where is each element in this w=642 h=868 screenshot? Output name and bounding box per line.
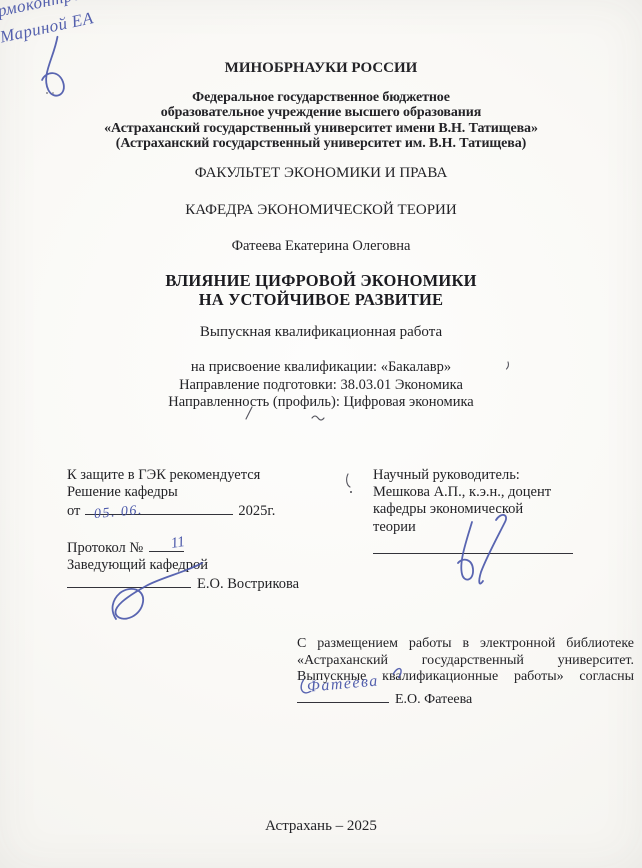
head-signature-line (67, 574, 191, 588)
supervisor-dept-line-1: кафедры экономической (373, 501, 585, 518)
institution-line-2: образовательное учреждение высшего образ… (0, 105, 642, 120)
qualification-line-2: Направление подготовки: 38.03.01 Экономи… (0, 377, 642, 395)
thesis-title: ВЛИЯНИЕ ЦИФРОВОЙ ЭКОНОМИКИ НА УСТОЙЧИВОЕ… (0, 272, 642, 309)
author-consent-name: Е.О. Фатеева (395, 692, 472, 707)
author-name: Фатеева Екатерина Олеговна (0, 238, 642, 255)
supervisor-dept-line-2: теории (373, 519, 585, 536)
supervisor-name-line: Мешкова А.П., к.э.н., доцент (373, 484, 585, 501)
date-prefix: от (67, 503, 80, 519)
supervisor-block: Научный руководитель: Мешкова А.П., к.э.… (373, 467, 585, 554)
thesis-title-page: ормоконтроль Мариной ЕА МИНОБРНАУКИ РОСС… (0, 0, 642, 868)
stray-pen-dot (350, 491, 352, 493)
protocol-row: Протокол № (67, 538, 327, 557)
head-signature-row: Е.О. Вострикова (67, 574, 327, 593)
consent-line-1: С размещением работы в электронной библи… (297, 636, 634, 653)
consent-block: С размещением работы в электронной библи… (297, 636, 634, 709)
defense-recommendation-block: К защите в ГЭК рекомендуется Решение каф… (67, 467, 327, 593)
defense-line-1: К защите в ГЭК рекомендуется (67, 467, 327, 484)
institution-line-4: (Астраханский государственный университе… (0, 136, 642, 151)
qualification-line-1: на присвоение квалификации: «Бакалавр» (0, 359, 642, 377)
institution-line-1: Федеральное государственное бюджетное (0, 90, 642, 105)
thesis-title-line-2: НА УСТОЙЧИВОЕ РАЗВИТИЕ (0, 291, 642, 310)
department-name: КАФЕДРА ЭКОНОМИЧЕСКОЙ ТЕОРИИ (0, 202, 642, 219)
qualification-line-3: Направленность (профиль): Цифровая эконо… (0, 394, 642, 412)
date-suffix: 2025г. (238, 503, 275, 519)
ministry-name: МИНОБРНАУКИ РОССИИ (0, 60, 642, 77)
thesis-title-line-1: ВЛИЯНИЕ ЦИФРОВОЙ ЭКОНОМИКИ (0, 272, 642, 291)
consent-line-2: «Астраханский государственный университе… (297, 653, 634, 670)
institution-name-block: Федеральное государственное бюджетное об… (0, 90, 642, 151)
stray-pen-tick (347, 474, 350, 487)
protocol-label: Протокол № (67, 540, 143, 556)
qualification-block: на присвоение квалификации: «Бакалавр» Н… (0, 359, 642, 412)
defense-line-2: Решение кафедры (67, 484, 327, 501)
supervisor-signature-line (373, 553, 573, 554)
handwritten-protocol-number: 11 (170, 534, 186, 553)
supervisor-label: Научный руководитель: (373, 467, 585, 484)
author-signature-row: Е.О. Фатеева (297, 689, 634, 709)
faculty-name: ФАКУЛЬТЕТ ЭКОНОМИКИ И ПРАВА (0, 165, 642, 182)
institution-line-3: «Астраханский государственный университе… (0, 121, 642, 136)
author-signature-line (297, 689, 389, 703)
head-of-department-label: Заведующий кафедрой (67, 557, 327, 574)
head-name: Е.О. Вострикова (197, 576, 299, 592)
consent-line-3: Выпускные квалификационные работы» согла… (297, 669, 634, 686)
work-type: Выпускная квалификационная работа (0, 324, 642, 341)
stray-tilde-mark (312, 416, 324, 420)
handwritten-note-line2: Мариной ЕА (0, 8, 95, 47)
handwritten-note-line1: ормоконтроль (0, 0, 98, 22)
city-year: Астрахань – 2025 (0, 818, 642, 835)
